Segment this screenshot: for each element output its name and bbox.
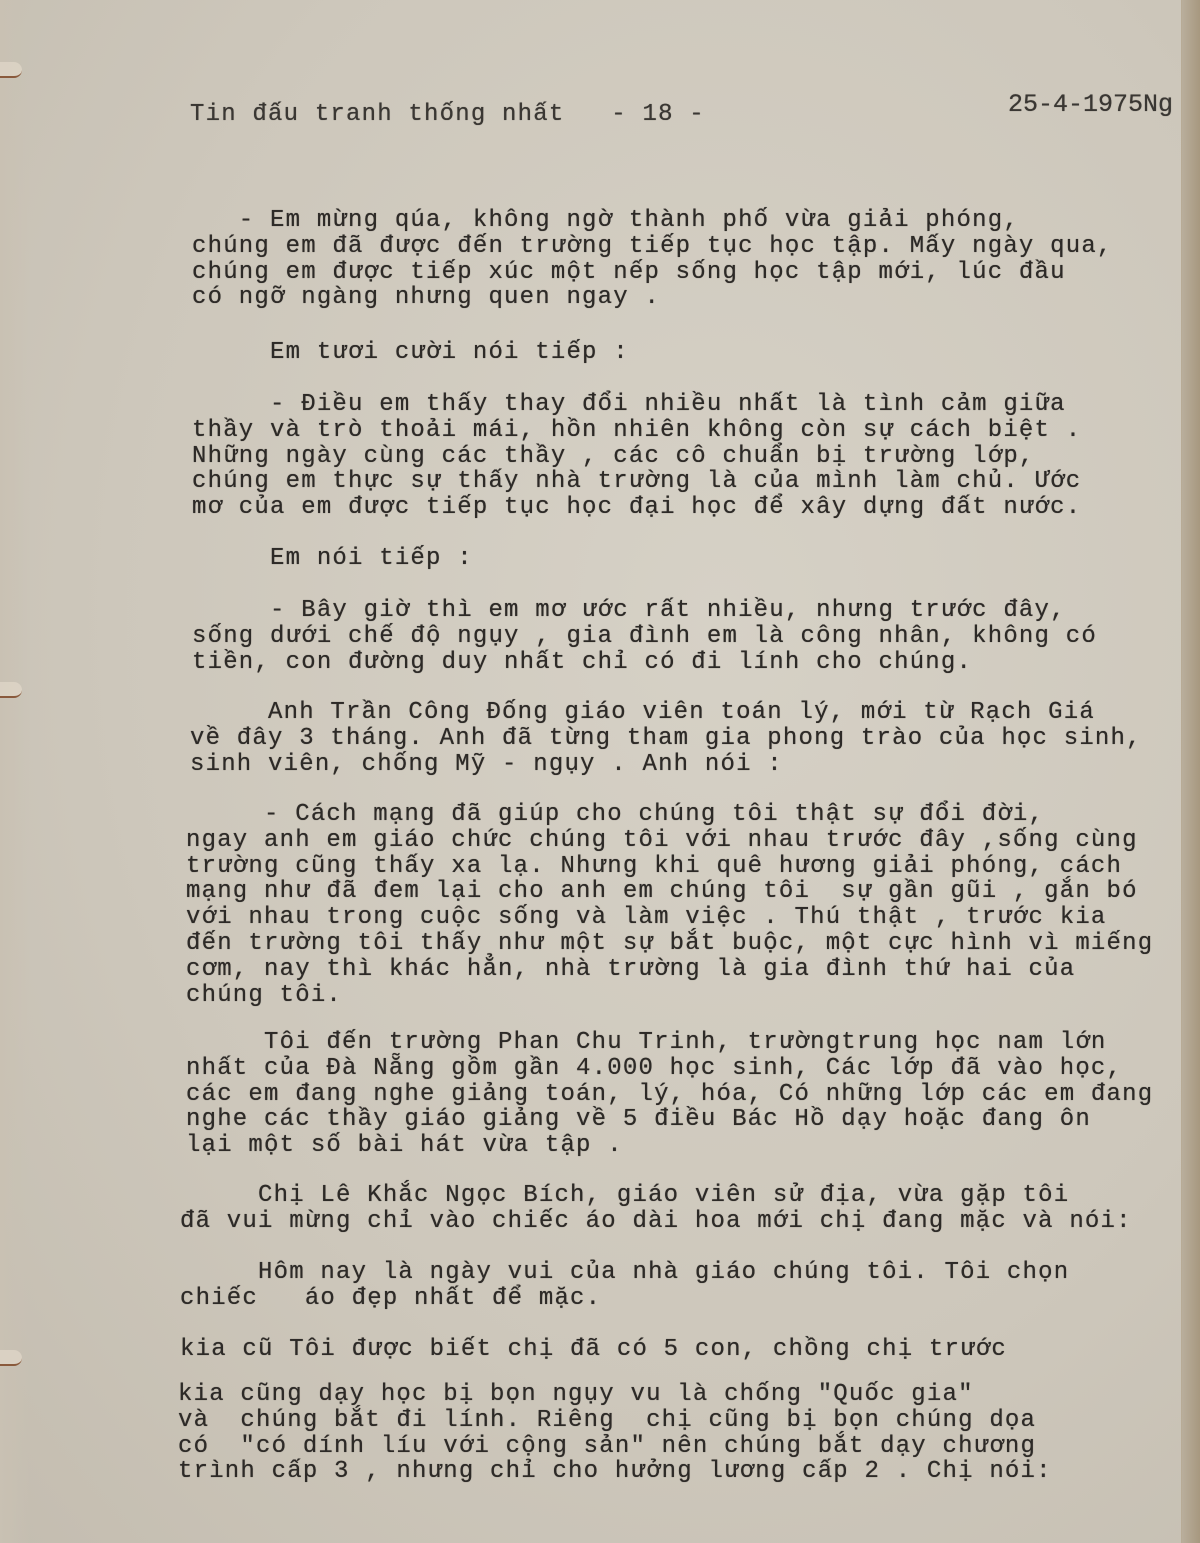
- document-text-line: tiền, con đường duy nhất chỉ có đi lính …: [192, 650, 972, 676]
- document-text-line: trình cấp 3 , nhưng chỉ cho hưởng lương …: [178, 1459, 1052, 1485]
- punch-hole-mark: [0, 682, 22, 698]
- document-text-line: chúng em thực sự thấy nhà trường là của …: [192, 469, 1081, 495]
- document-text-line: - Bây giờ thì em mơ ước rất nhiều, nhưng…: [192, 598, 1066, 624]
- document-text-line: với nhau trong cuộc sống và làm việc . T…: [186, 905, 1107, 931]
- document-text-line: Hôm nay là ngày vui của nhà giáo chúng t…: [180, 1260, 1069, 1286]
- punch-hole-mark: [0, 1350, 22, 1366]
- document-text-line: Anh Trần Công Đống giáo viên toán lý, mớ…: [190, 700, 1095, 726]
- typewritten-document-page: Tin đấu tranh thống nhất - 18 - 25-4-197…: [0, 0, 1200, 1543]
- document-text-line: chiếc áo đẹp nhất để mặc.: [180, 1286, 601, 1312]
- document-text-line: chúng em được tiếp xúc một nếp sống học …: [192, 260, 1066, 286]
- document-text-line: có "có dính líu với cộng sản" nên chúng …: [178, 1434, 1036, 1460]
- document-text-line: kia cũ Tôi được biết chị đã có 5 con, ch…: [180, 1337, 1007, 1363]
- document-text-line: sống dưới chế độ ngụy , gia đình em là c…: [192, 624, 1097, 650]
- document-text-line: - Điều em thấy thay đổi nhiều nhất là tì…: [192, 392, 1066, 418]
- document-text-line: chúng em đã được đến trường tiếp tục học…: [192, 234, 1113, 260]
- document-text-line: và chúng bắt đi lính. Riêng chị cũng bị …: [178, 1408, 1036, 1434]
- document-text-line: lại một số bài hát vừa tập .: [186, 1133, 623, 1159]
- document-text-line: chúng tôi.: [186, 983, 342, 1009]
- document-text-line: ngay anh em giáo chức chúng tôi với nhau…: [186, 828, 1138, 854]
- document-text-line: trường cũng thấy xa lạ. Nhưng khi quê hư…: [186, 854, 1122, 880]
- document-text-line: đến trường tôi thấy như một sự bắt buộc,…: [186, 931, 1153, 957]
- document-text-line: kia cũng dạy học bị bọn ngụy vu là chống…: [178, 1382, 974, 1408]
- document-text-line: - Em mừng qúa, không ngờ thành phố vừa g…: [192, 208, 1019, 234]
- document-text-line: mơ của em được tiếp tục học đại học để x…: [192, 495, 1081, 521]
- document-text-line: sinh viên, chống Mỹ - ngụy . Anh nói :: [190, 752, 783, 778]
- document-text-line: - Cách mạng đã giúp cho chúng tôi thật s…: [186, 802, 1044, 828]
- document-text-line: nhất của Đà Nẵng gồm gần 4.000 học sinh,…: [186, 1056, 1122, 1082]
- document-header-date: 25-4-1975Ng: [1008, 92, 1173, 118]
- document-text-line: thầy và trò thoải mái, hồn nhiên không c…: [192, 418, 1081, 444]
- document-text-line: có ngỡ ngàng nhưng quen ngay .: [192, 285, 660, 311]
- document-text-line: Em nói tiếp :: [192, 546, 473, 572]
- document-text-line: Những ngày cùng các thầy , các cô chuẩn …: [192, 444, 1035, 470]
- document-text-line: Em tươi cười nói tiếp :: [192, 340, 629, 366]
- document-text-line: các em đang nghe giảng toán, lý, hóa, Có…: [186, 1082, 1153, 1108]
- document-text-line: về đây 3 tháng. Anh đã từng tham gia pho…: [190, 726, 1142, 752]
- document-text-line: nghe các thầy giáo giảng về 5 điều Bác H…: [186, 1107, 1091, 1133]
- document-header-title: Tin đấu tranh thống nhất - 18 -: [190, 102, 705, 128]
- punch-hole-mark: [0, 62, 22, 78]
- document-text-line: Tôi đến trường Phan Chu Trinh, trườngtru…: [186, 1030, 1107, 1056]
- document-text-line: đã vui mừng chỉ vào chiếc áo dài hoa mới…: [180, 1209, 1132, 1235]
- document-text-line: cơm, nay thì khác hẳn, nhà trường là gia…: [186, 957, 1075, 983]
- document-text-line: mạng như đã đem lại cho anh em chúng tôi…: [186, 879, 1138, 905]
- document-text-line: Chị Lê Khắc Ngọc Bích, giáo viên sử địa,…: [180, 1183, 1069, 1209]
